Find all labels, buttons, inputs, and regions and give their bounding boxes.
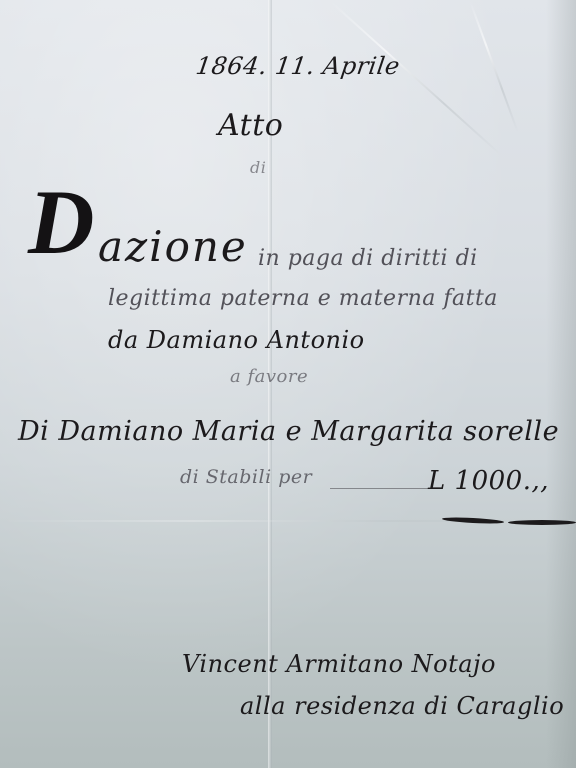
line-5: Di Damiano Maria e Margarita sorelle [18,416,559,447]
page-edge-shadow [546,0,576,768]
title-initial: D [28,176,95,268]
residence-line: alla residenza di Caraglio [240,692,564,720]
dotted-leader-line [330,488,430,489]
line-2: legittima paterna e materna fatta [108,286,498,311]
date-line: 1864. 11. Aprile [194,52,402,80]
heading-connector: di [250,158,266,177]
line-4: a favore [230,366,308,387]
notary-line: Vincent Armitano Notajo [182,650,496,678]
amount: L 1000.,, [428,466,549,496]
line-1-tail: in paga di diritti di [258,246,478,271]
title-word: azione [98,222,248,271]
line-3: da Damiano Antonio [108,326,365,354]
heading: Atto [218,108,283,143]
flourish-underline [508,520,576,525]
line-6-label: di Stabili per [180,466,312,488]
